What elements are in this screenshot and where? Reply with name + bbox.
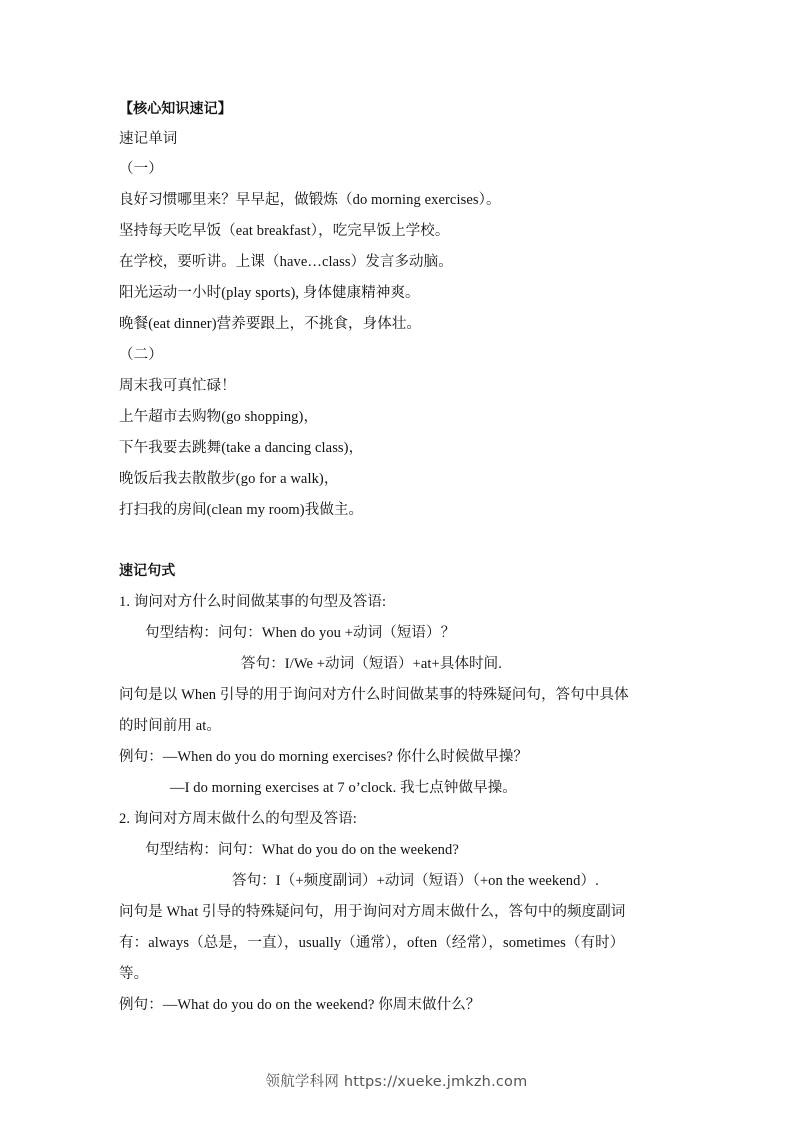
- pattern-explanation: 问句是以 When 引导的用于询问对方什么时间做某事的特殊疑问句，答句中具体: [119, 685, 629, 705]
- vocab-line: 上午超市去购物(go shopping)，: [119, 407, 318, 427]
- example-question: 例句：—What do you do on the weekend? 你周末做什…: [119, 995, 480, 1015]
- vocab-line: 打扫我的房间(clean my room)我做主。: [119, 500, 363, 520]
- pattern-title: 1. 询问对方什么时间做某事的句型及答语:: [119, 592, 386, 612]
- vocab-line: 阳光运动一小时(play sports), 身体健康精神爽。: [119, 283, 420, 303]
- example-question: 例句：—When do you do morning exercises? 你什…: [119, 747, 528, 767]
- vocab-line: 在学校，要听讲。上课（have…class）发言多动脑。: [119, 252, 453, 272]
- vocab-line: 下午我要去跳舞(take a dancing class)，: [119, 438, 363, 458]
- vocab-title: 速记单词: [119, 129, 177, 149]
- pattern-explanation: 问句是 What 引导的特殊疑问句，用于询问对方周末做什么，答句中的频度副词: [119, 902, 625, 922]
- pattern-title: 2. 询问对方周末做什么的句型及答语:: [119, 809, 357, 829]
- vocab-line: 良好习惯哪里来？早早起，做锻炼（do morning exercises）。: [119, 190, 501, 210]
- vocab-part1-label: （一）: [119, 159, 163, 179]
- pattern-answer: 答句：I/We +动词（短语）+at+具体时间.: [241, 654, 502, 674]
- document-page: 【核心知识速记】 速记单词 （一） 良好习惯哪里来？早早起，做锻炼（do mor…: [0, 0, 793, 1122]
- pattern-explanation: 的时间前用 at。: [119, 716, 221, 736]
- vocab-part2-label: （二）: [119, 345, 163, 365]
- pattern-answer: 答句：I（+频度副词）+动词（短语）（+on the weekend）.: [232, 871, 599, 891]
- vocab-line: 周末我可真忙碌！: [119, 376, 236, 396]
- vocab-line: 坚持每天吃早饭（eat breakfast），吃完早饭上学校。: [119, 221, 450, 241]
- vocab-line: 晚饭后我去散散步(go for a walk)，: [119, 469, 338, 489]
- pattern-question: 句型结构：问句：What do you do on the weekend?: [145, 840, 459, 860]
- section-heading: 【核心知识速记】: [119, 99, 232, 119]
- pattern-question: 句型结构：问句：When do you +动词（短语）？: [145, 623, 455, 643]
- pattern-explanation: 等。: [119, 964, 148, 984]
- vocab-line: 晚餐(eat dinner)营养要跟上，不挑食，身体壮。: [119, 314, 421, 334]
- example-answer: —I do morning exercises at 7 o’clock. 我七…: [170, 778, 517, 798]
- footer-watermark: 领航学科网 https://xueke.jmkzh.com: [0, 1070, 793, 1091]
- pattern-explanation: 有：always（总是，一直），usually（通常），often（经常），so…: [119, 933, 624, 953]
- sentences-title: 速记句式: [119, 561, 175, 581]
